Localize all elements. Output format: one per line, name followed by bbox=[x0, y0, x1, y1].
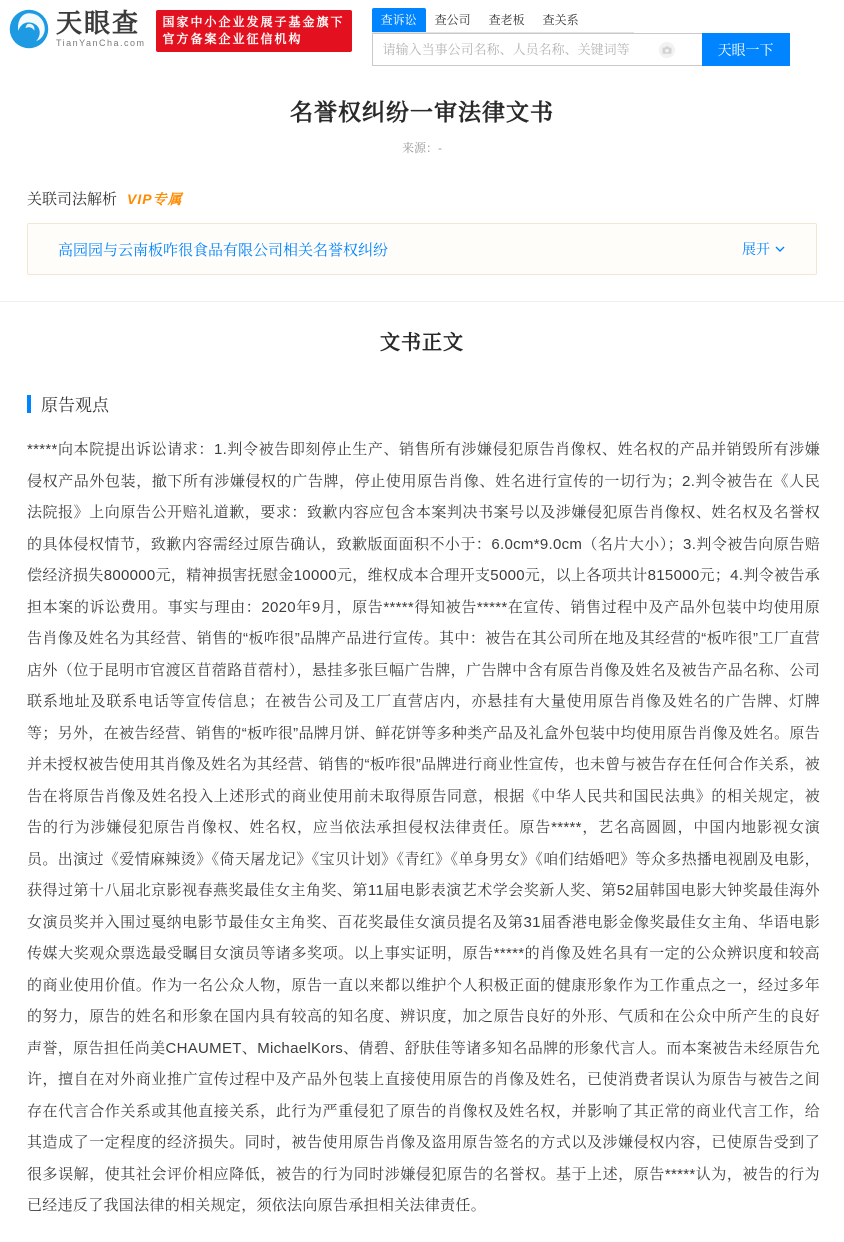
article-source: 来源：- bbox=[0, 139, 844, 156]
section-divider bbox=[0, 301, 844, 302]
tianyancha-logo[interactable]: 天眼查 TianYanCha.com bbox=[8, 8, 146, 50]
gov-badge-line1: 国家中小企业发展子基金旗下 bbox=[163, 14, 345, 31]
tab-relation-search[interactable]: 查关系 bbox=[534, 8, 588, 32]
expand-toggle[interactable]: 展开 bbox=[742, 239, 786, 259]
search-box bbox=[372, 33, 702, 66]
logo-subtitle: TianYanCha.com bbox=[56, 39, 146, 48]
search-tabs: 查诉讼 查公司 查老板 查关系 bbox=[372, 8, 634, 33]
chevron-down-icon bbox=[774, 243, 786, 255]
document-body-text: *****向本院提出诉讼请求：1.判令被告即刻停止生产、销售所有涉嫌侵犯原告肖像… bbox=[27, 434, 820, 1222]
logo-text: 天眼查 TianYanCha.com bbox=[56, 10, 146, 48]
tab-lawsuit-search[interactable]: 查诉讼 bbox=[372, 8, 426, 32]
plaintiff-view-section: 原告观点 bbox=[27, 391, 817, 416]
search-button[interactable]: 天眼一下 bbox=[702, 33, 790, 66]
related-judicial-section: 关联司法解析 VIP专属 高园园与云南板咋很食品有限公司相关名誉权纠纷 展开 bbox=[0, 188, 844, 275]
camera-icon[interactable] bbox=[658, 41, 676, 59]
search-input[interactable] bbox=[373, 34, 658, 65]
related-section-header: 关联司法解析 VIP专属 bbox=[27, 188, 817, 209]
tianyancha-eye-icon bbox=[8, 8, 50, 50]
related-case-card: 高园园与云南板咋很食品有限公司相关名誉权纠纷 展开 bbox=[27, 223, 817, 275]
related-case-link[interactable]: 高园园与云南板咋很食品有限公司相关名誉权纠纷 bbox=[58, 239, 388, 260]
document-heading: 文书正文 bbox=[0, 326, 844, 355]
vip-exclusive-badge: VIP专属 bbox=[127, 189, 183, 209]
related-section-title: 关联司法解析 bbox=[27, 188, 117, 209]
site-header: 天眼查 TianYanCha.com 国家中小企业发展子基金旗下 官方备案企业征… bbox=[0, 0, 844, 72]
gov-certification-badge: 国家中小企业发展子基金旗下 官方备案企业征信机构 bbox=[156, 10, 352, 52]
logo-title: 天眼查 bbox=[56, 10, 146, 36]
tab-boss-search[interactable]: 查老板 bbox=[480, 8, 534, 32]
gov-badge-line2: 官方备案企业征信机构 bbox=[163, 31, 345, 48]
search-area: 查诉讼 查公司 查老板 查关系 天眼一下 bbox=[372, 8, 790, 66]
section-marker-bar bbox=[27, 395, 31, 413]
expand-label: 展开 bbox=[742, 239, 770, 259]
search-row: 天眼一下 bbox=[372, 33, 790, 66]
section-label: 原告观点 bbox=[41, 391, 109, 416]
page-title: 名誉权纠纷一审法律文书 bbox=[0, 94, 844, 127]
tab-company-search[interactable]: 查公司 bbox=[426, 8, 480, 32]
